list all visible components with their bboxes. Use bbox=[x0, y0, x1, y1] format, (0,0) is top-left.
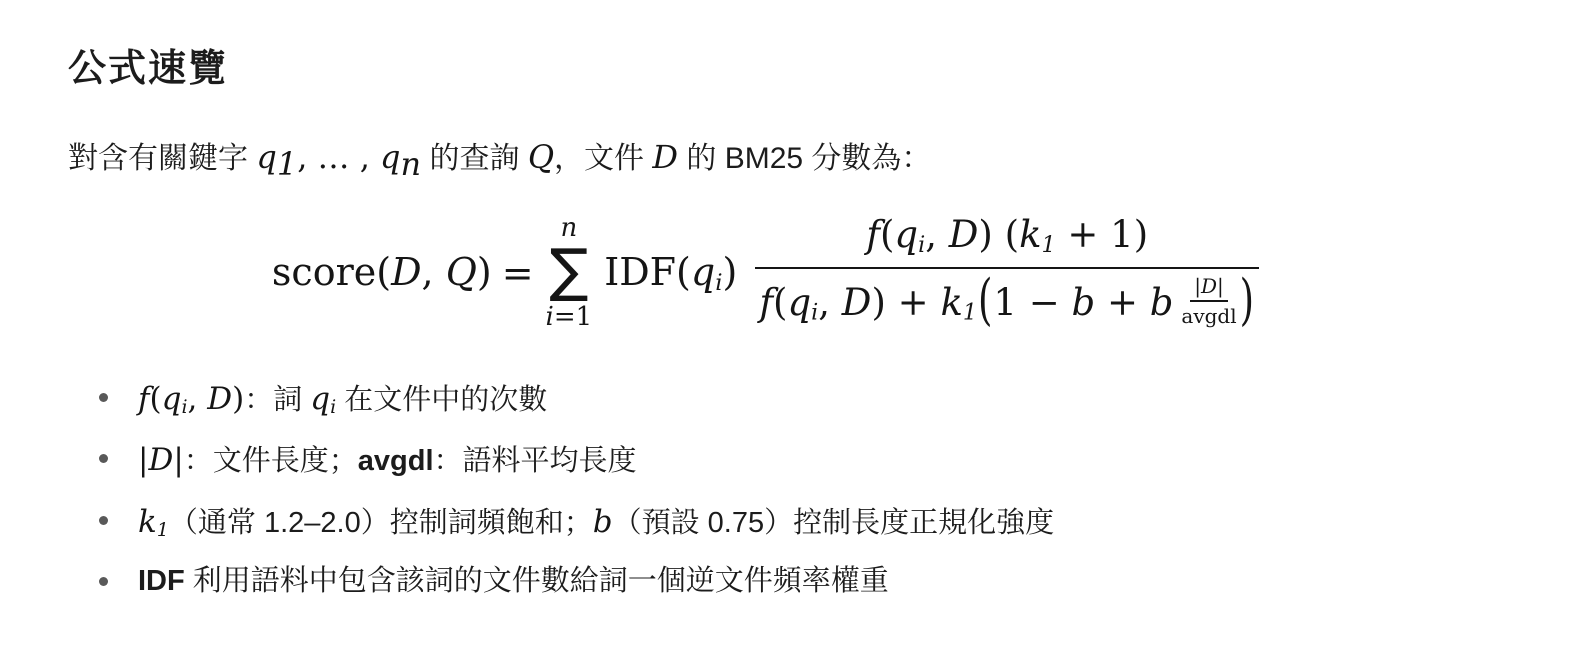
math-var-b: b bbox=[1150, 281, 1174, 324]
bullet-dot bbox=[99, 577, 108, 586]
text-run: ：語料平均長度 bbox=[434, 445, 637, 477]
math-subscript-1: 1 bbox=[1041, 232, 1055, 258]
math-var-k: k bbox=[940, 281, 962, 324]
math-subscript-1: 1 bbox=[157, 519, 169, 541]
bullet-dot bbox=[99, 516, 108, 525]
bullet-dot bbox=[99, 454, 108, 463]
section-title: 公式速覽 bbox=[68, 48, 1553, 92]
text-run: 利用語料中包含該詞的文件數給詞一個逆文件頻率權重 bbox=[185, 565, 889, 597]
text-run: + 1 bbox=[1056, 213, 1134, 256]
plus-sign: + bbox=[886, 281, 941, 324]
math-var-q: q bbox=[310, 381, 330, 417]
idf-term: IDF(qi) bbox=[604, 250, 737, 296]
bullet-text: k1（通常 1.2–2.0）控制詞頻飽和；b（預設 0.75）控制長度正規化強度 bbox=[138, 499, 1054, 546]
bullet-text: f(qi, D)：詞 qi 在文件中的次數 bbox=[138, 376, 547, 423]
idf-label: IDF bbox=[138, 565, 185, 597]
math-ellipsis: , … , bbox=[297, 138, 380, 176]
text-run: 的 BM25 分數為： bbox=[678, 142, 931, 175]
fraction-numerator: f(qi, D) (k1 + 1) bbox=[852, 213, 1162, 267]
document-content: 公式速覽 對含有關鍵字 q1, … , qn 的查詢 Q，文件 D 的 BM25… bbox=[0, 0, 1593, 605]
paren: ( bbox=[149, 381, 161, 417]
paren: ) bbox=[871, 281, 885, 324]
bm25-formula: score(D, Q) = n ∑ i=1 IDF(qi) f(qi, D) (… bbox=[68, 213, 1463, 332]
comma: , bbox=[422, 250, 446, 294]
score-label: score bbox=[272, 250, 376, 294]
paren: ) bbox=[978, 213, 1004, 256]
sum-lower-limit: i=1 bbox=[546, 303, 593, 330]
comma: , bbox=[188, 381, 208, 417]
paren: ( bbox=[773, 281, 787, 324]
math-var-q: q bbox=[894, 213, 918, 256]
math-subscript-1: 1 bbox=[277, 145, 297, 183]
math-subscript-n: n bbox=[401, 145, 422, 183]
inner-numerator: |D| bbox=[1190, 274, 1228, 302]
abs-bar: | bbox=[1194, 274, 1201, 298]
text-run: 的查詢 bbox=[421, 142, 528, 175]
text-run: 1 − bbox=[993, 281, 1071, 324]
text-run: ，文件 bbox=[554, 142, 652, 175]
paren: ( bbox=[376, 250, 391, 294]
formula-lhs: score(D, Q) bbox=[272, 250, 492, 295]
summation: n ∑ i=1 bbox=[546, 215, 593, 329]
inner-fraction: |D|avgdl bbox=[1181, 274, 1236, 328]
math-var-D: D bbox=[391, 250, 421, 294]
math-var-i: i bbox=[546, 302, 554, 332]
math-f: f bbox=[759, 281, 773, 324]
paren: ( bbox=[676, 250, 691, 294]
math-var-D: D bbox=[148, 442, 173, 478]
idf-label: IDF bbox=[604, 250, 676, 294]
bullet-dot bbox=[99, 393, 108, 402]
math-var-qn: q bbox=[380, 138, 400, 176]
text-run: ：詞 bbox=[244, 384, 310, 416]
abs-bar: | bbox=[173, 442, 183, 478]
math-var-D: D bbox=[949, 213, 979, 256]
math-var-b: b bbox=[1072, 281, 1096, 324]
math-var-D: D bbox=[207, 381, 232, 417]
paren: ) bbox=[723, 250, 738, 294]
plus-sign: + bbox=[1095, 281, 1150, 324]
paren: ( bbox=[1005, 213, 1019, 256]
math-var-k: k bbox=[1019, 213, 1041, 256]
math-var-D: D bbox=[652, 138, 678, 176]
text-run: ：文件長度； bbox=[184, 445, 358, 477]
text-run: =1 bbox=[554, 302, 592, 332]
bullet-text: IDF 利用語料中包含該詞的文件數給詞一個逆文件頻率權重 bbox=[138, 560, 889, 604]
math-var-q: q bbox=[162, 381, 182, 417]
math-var-q: q bbox=[787, 281, 811, 324]
math-var-Q: Q bbox=[446, 250, 477, 294]
fraction: f(qi, D) (k1 + 1) f(qi, D) + k1(1 − b + … bbox=[755, 213, 1259, 332]
comma: , bbox=[925, 213, 949, 256]
big-paren-open: ( bbox=[978, 267, 992, 332]
list-item-idf: IDF 利用語料中包含該詞的文件數給詞一個逆文件頻率權重 bbox=[68, 560, 1553, 605]
equals-sign: = bbox=[502, 251, 534, 295]
intro-paragraph: 對含有關鍵字 q1, … , qn 的查詢 Q，文件 D 的 BM25 分數為： bbox=[68, 134, 1553, 187]
math-var-b: b bbox=[593, 504, 613, 540]
fraction-denominator: f(qi, D) + k1(1 − b + b|D|avgdl) bbox=[755, 267, 1259, 332]
paren: ) bbox=[1134, 213, 1148, 256]
math-subscript-i: i bbox=[715, 270, 722, 296]
abs-bar: | bbox=[138, 442, 148, 478]
paren: ) bbox=[477, 250, 492, 294]
bullet-text: |D|：文件長度；avgdl：語料平均長度 bbox=[138, 437, 637, 484]
text-run: （預設 0.75）控制長度正規化強度 bbox=[613, 507, 1055, 539]
math-var-q1: q bbox=[256, 138, 276, 176]
list-item-parameters: k1（通常 1.2–2.0）控制詞頻飽和；b（預設 0.75）控制長度正規化強度 bbox=[68, 499, 1553, 546]
math-var-q: q bbox=[691, 250, 715, 294]
paren: ( bbox=[880, 213, 894, 256]
avgdl-label: avgdl bbox=[358, 445, 434, 477]
list-item-term-frequency: f(qi, D)：詞 qi 在文件中的次數 bbox=[68, 376, 1553, 423]
sigma-sum-icon: ∑ bbox=[549, 244, 588, 297]
paren: ) bbox=[232, 381, 244, 417]
formula-block: score(D, Q) = n ∑ i=1 IDF(qi) f(qi, D) (… bbox=[68, 213, 1463, 332]
inner-denominator: avgdl bbox=[1181, 302, 1236, 328]
math-f: f bbox=[866, 213, 880, 256]
text-run: 對含有關鍵字 bbox=[68, 142, 256, 175]
text-run: （通常 1.2–2.0）控制詞頻飽和； bbox=[169, 507, 593, 539]
math-var-D: D bbox=[842, 281, 872, 324]
math-var-k: k bbox=[138, 504, 157, 540]
math-subscript-1: 1 bbox=[963, 300, 977, 326]
abs-bar: | bbox=[1217, 274, 1224, 298]
list-item-doc-length: |D|：文件長度；avgdl：語料平均長度 bbox=[68, 437, 1553, 484]
math-f: f bbox=[138, 381, 149, 417]
comma: , bbox=[818, 281, 842, 324]
math-var-Q: Q bbox=[528, 138, 554, 176]
math-var-D: D bbox=[1201, 274, 1217, 298]
big-paren-close: ) bbox=[1240, 267, 1254, 332]
explanation-list: f(qi, D)：詞 qi 在文件中的次數 |D|：文件長度；avgdl：語料平… bbox=[68, 376, 1553, 606]
text-run: 在文件中的次數 bbox=[336, 384, 547, 416]
